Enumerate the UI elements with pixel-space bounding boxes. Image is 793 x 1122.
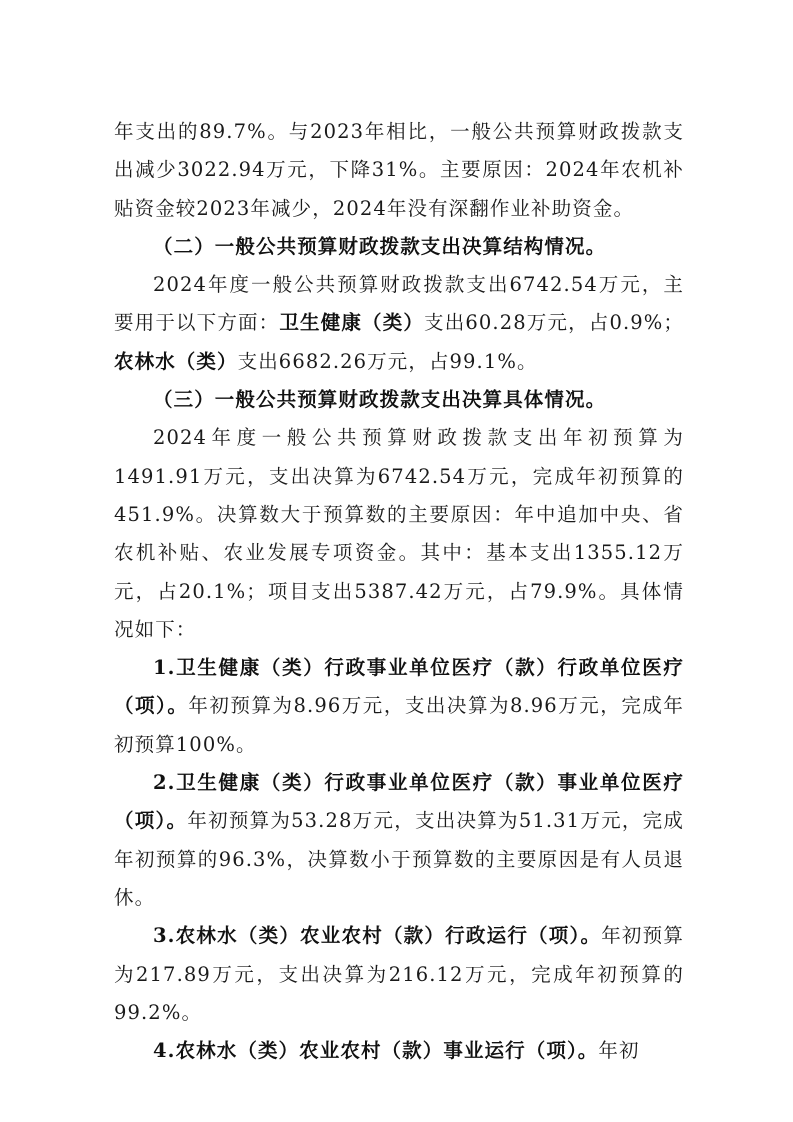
- category-text-agriculture: 支出6682.26万元，占99.1%。: [238, 350, 538, 373]
- paragraph-details-body: 1491.91万元，支出决算为6742.54万元，完成年初预算的451.9%。决…: [114, 458, 684, 649]
- detail-item-text: 年初预算为53.28万元，支出决算为51.31万元，完成年初预算的96.3%，决…: [114, 809, 684, 909]
- detail-item-title: 4.农林水（类）农业农村（款）事业运行（项）。: [153, 1039, 598, 1062]
- detail-item-3: 3.农林水（类）农业农村（款）行政运行（项）。年初预算为217.89万元，支出决…: [114, 917, 684, 1032]
- detail-item-text: 年初: [598, 1039, 639, 1062]
- detail-item-2: 2.卫生健康（类）行政事业单位医疗（款）事业单位医疗（项）。年初预算为53.28…: [114, 764, 684, 917]
- paragraph-text: 年支出的89.7%。与2023年相比，一般公共预算财政拨款支出减少3022.94…: [114, 120, 684, 220]
- section-heading-details: （三）一般公共预算财政拨款支出决算具体情况。: [114, 381, 684, 419]
- detail-item-4: 4.农林水（类）农业农村（款）事业运行（项）。年初: [114, 1032, 684, 1070]
- paragraph-continuation: 年支出的89.7%。与2023年相比，一般公共预算财政拨款支出减少3022.94…: [114, 113, 684, 228]
- category-text-health: 支出60.28万元，占0.9%；: [424, 311, 684, 334]
- paragraph-details-line1: 2024年度一般公共预算财政拨款支出年初预算为: [114, 419, 684, 457]
- detail-item-text: 年初预算为8.96万元，支出决算为8.96万元，完成年初预算100%。: [114, 694, 684, 755]
- paragraph-structure: 2024年度一般公共预算财政拨款支出6742.54万元，主要用于以下方面：卫生健…: [114, 266, 684, 381]
- category-label-health: 卫生健康（类）: [279, 311, 424, 334]
- document-page: 年支出的89.7%。与2023年相比，一般公共预算财政拨款支出减少3022.94…: [114, 113, 684, 1070]
- detail-item-1: 1.卫生健康（类）行政事业单位医疗（款）行政单位医疗（项）。年初预算为8.96万…: [114, 649, 684, 764]
- category-label-agriculture: 农林水（类）: [114, 350, 238, 373]
- detail-item-title: 3.农林水（类）农业农村（款）行政运行（项）。: [153, 924, 601, 947]
- section-heading-structure: （二）一般公共预算财政拨款支出决算结构情况。: [114, 228, 684, 266]
